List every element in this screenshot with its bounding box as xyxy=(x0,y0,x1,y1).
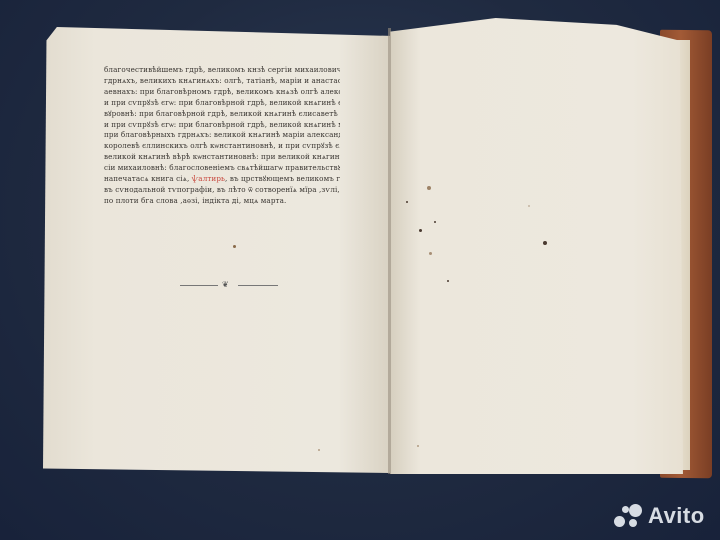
foxing-spot xyxy=(233,245,236,248)
text-line: и при сѵпрꙋзѣ єгѡ: при благовѣрной гдрѣ,… xyxy=(104,98,340,109)
avito-logo-text: Avito xyxy=(648,503,705,529)
text-line: великой кнѧгинѣ вѣрѣ кѡнстантиновнѣ: при… xyxy=(104,152,340,163)
avito-watermark: Avito xyxy=(614,503,705,529)
red-rubric-word: ѱалтирь xyxy=(192,174,225,183)
text-line: при благовѣрныхъ гдрнѧхъ: великой кнѧгин… xyxy=(104,130,340,141)
slavonic-text-block: благочестивѣйшемъ гдрѣ, великомъ кнзѣ се… xyxy=(104,65,340,207)
foxing-spot xyxy=(429,252,432,255)
text-line: королевѣ єллинскихъ олгѣ кѡнстантиновнѣ,… xyxy=(104,141,340,152)
text-line: въ сѵнодальной тѵпографіи, въ лѣто ѿ сот… xyxy=(104,185,340,196)
foxing-spot xyxy=(417,445,419,447)
right-page xyxy=(390,18,692,474)
foxing-spot xyxy=(419,229,422,232)
avito-dots-icon xyxy=(614,504,644,528)
text-line: аевнахъ: при благовѣрномъ гдрѣ, великомъ… xyxy=(104,87,340,98)
book-spine-gutter xyxy=(388,28,391,474)
foxing-spot xyxy=(434,221,436,223)
text-line: по плоти бга слова ,аѳзі, індікта ді, мц… xyxy=(104,196,340,207)
divider-rule-left xyxy=(180,285,218,286)
text-line: и при сѵпрꙋзѣ єгѡ: при благовѣрной гдрѣ,… xyxy=(104,120,340,131)
foxing-spot xyxy=(406,201,408,203)
book-photo: благочестивѣйшемъ гдрѣ, великомъ кнзѣ се… xyxy=(0,0,720,540)
foxing-spot xyxy=(318,449,320,451)
divider-rule-right xyxy=(238,285,278,286)
text-segment: напечатасѧ книга сіѧ, xyxy=(104,174,189,183)
decorative-divider: ❦ xyxy=(180,281,278,289)
fleuron-icon: ❦ xyxy=(222,281,229,289)
foxing-spot xyxy=(543,241,547,245)
foxing-spot xyxy=(528,205,530,207)
text-segment: , въ црствꙋющемъ великомъ градѣ москвѣ, xyxy=(225,174,340,183)
text-line: напечатасѧ книга сіѧ, ѱалтирь, въ црствꙋ… xyxy=(104,174,340,185)
foxing-spot xyxy=(427,186,431,190)
foxing-spot xyxy=(447,280,449,282)
text-line: благочестивѣйшемъ гдрѣ, великомъ кнзѣ се… xyxy=(104,65,340,76)
text-line: гдрнѧхъ, великихъ кнѧгинѧхъ: олгѣ, татіа… xyxy=(104,76,340,87)
text-line: вꙋровнѣ: при благовѣрной гдрѣ, великой к… xyxy=(104,109,340,120)
text-line: сіи михаиловнѣ: благословеніемъ свѧтѣйша… xyxy=(104,163,340,174)
